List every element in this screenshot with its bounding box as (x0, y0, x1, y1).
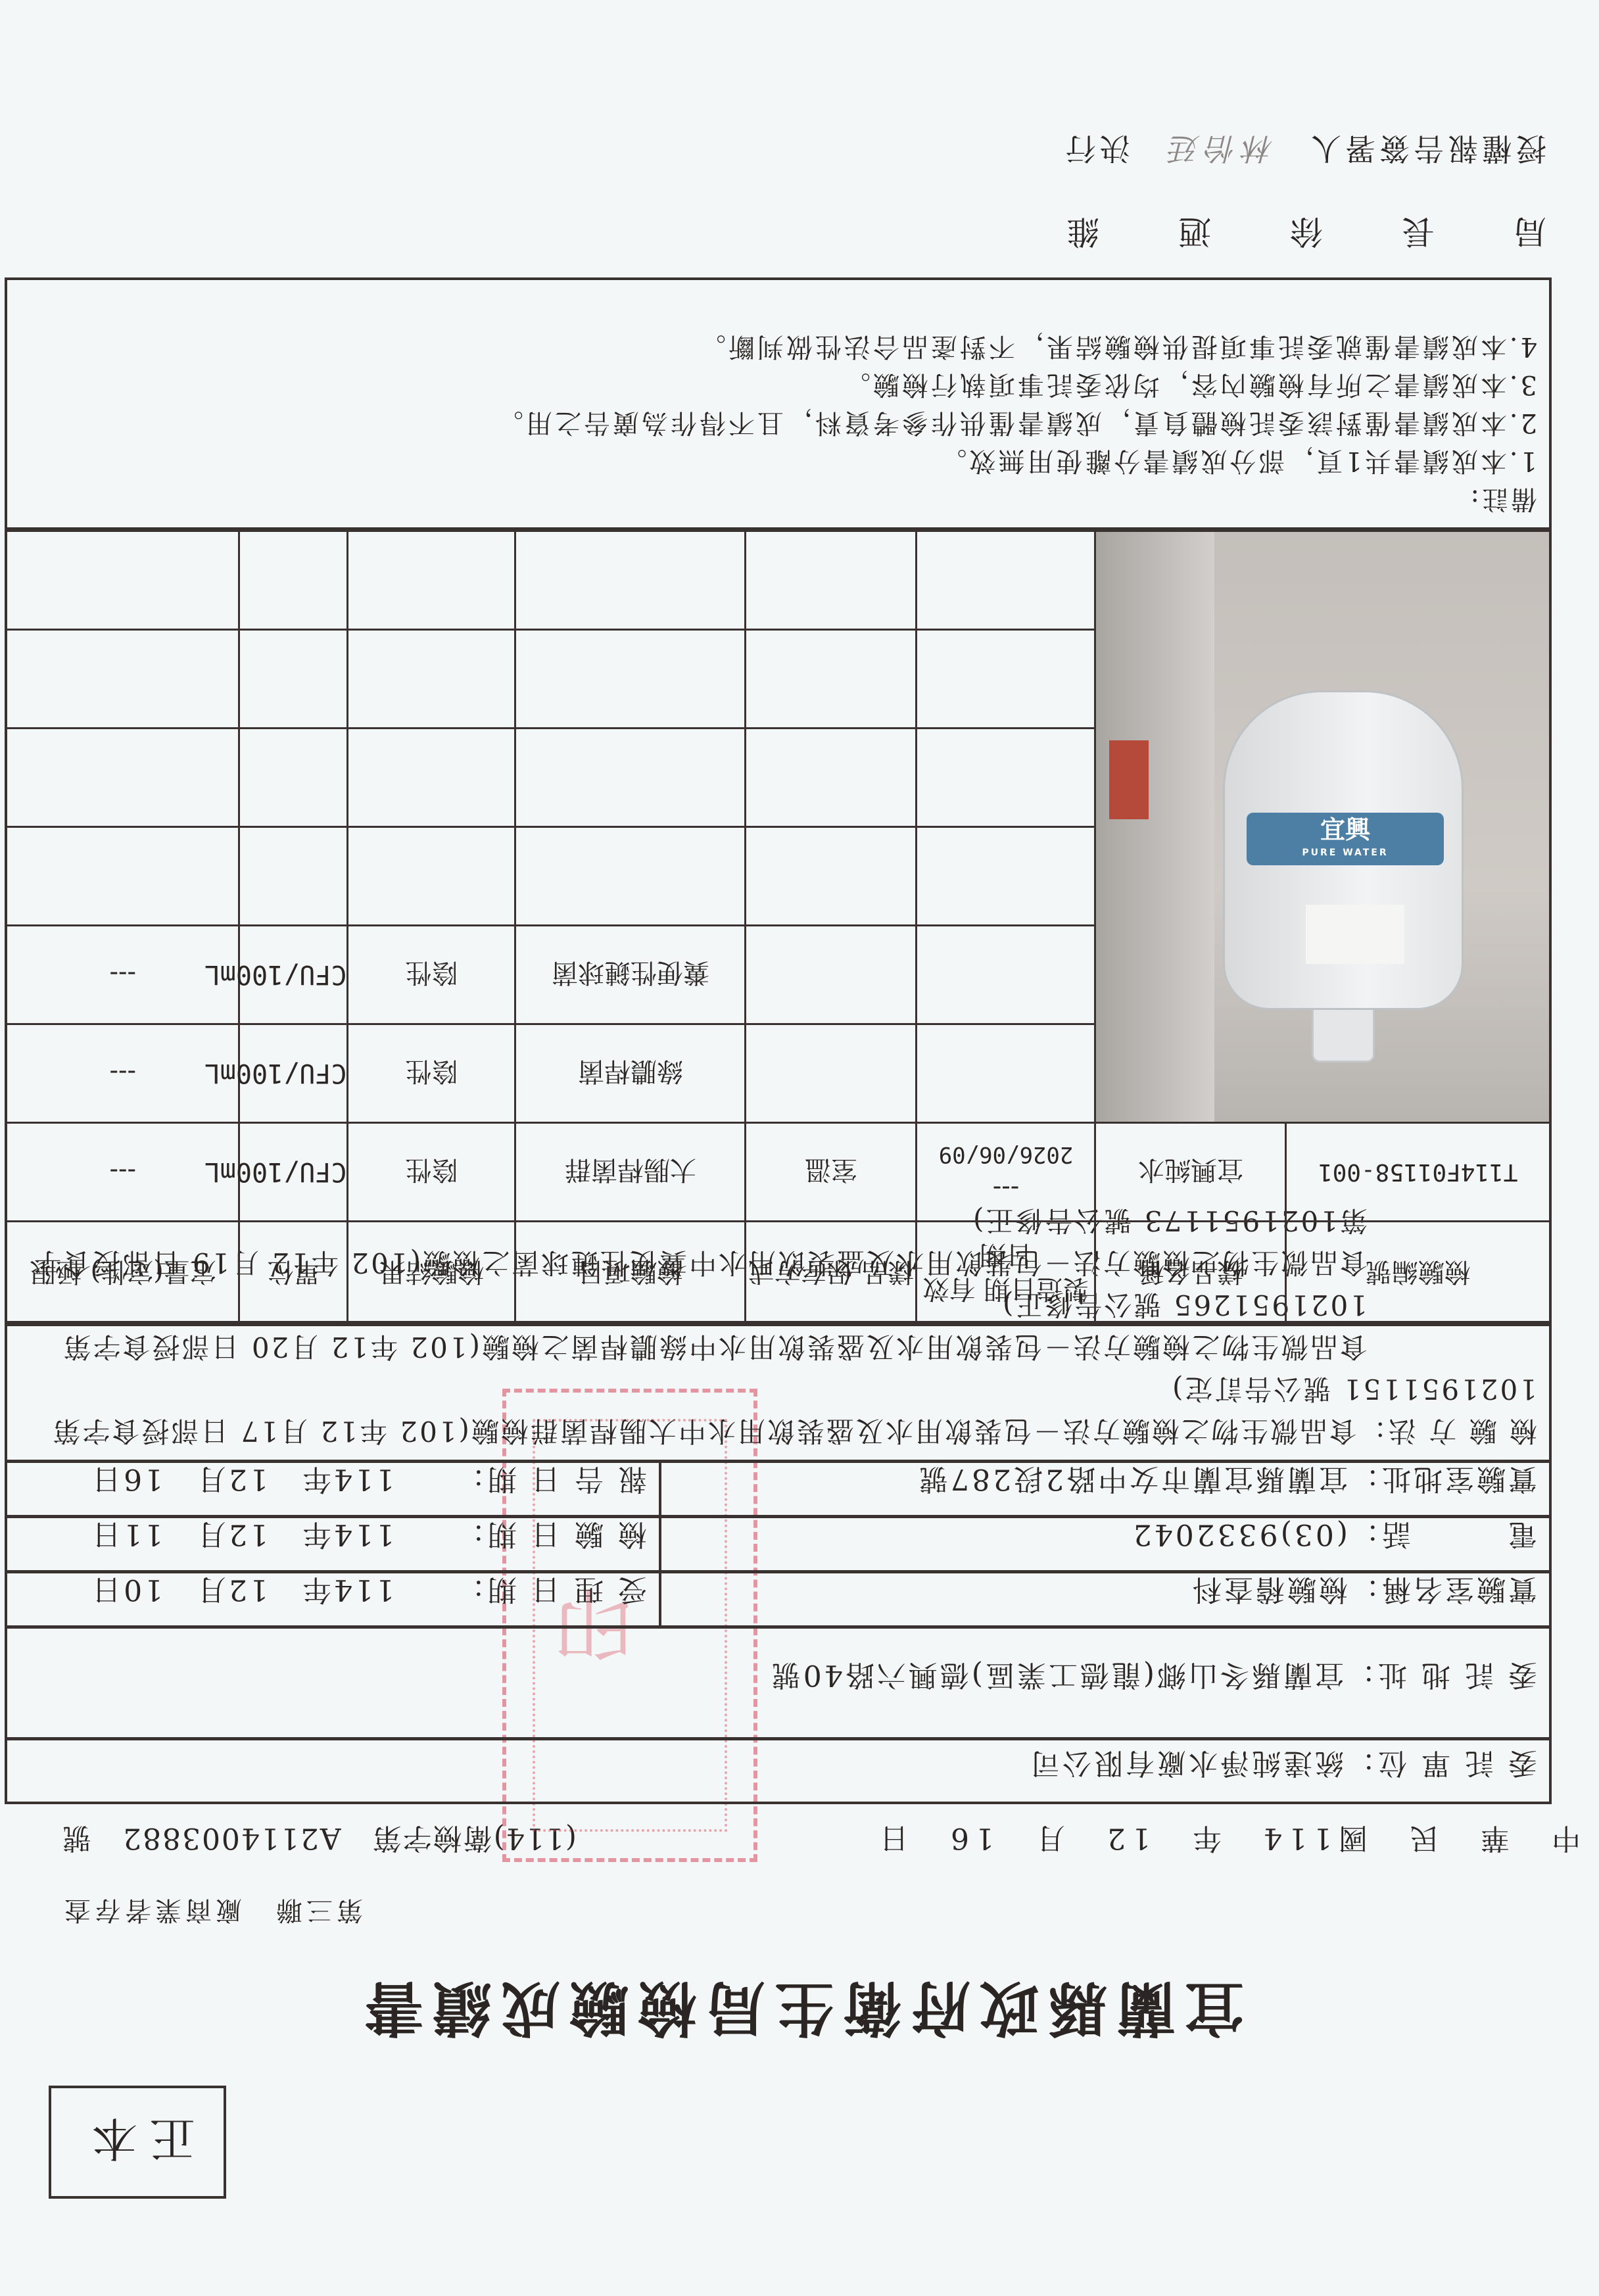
signer-label: 授權報告簽署人 (1307, 131, 1546, 166)
document-number: (114)衛檢字第 A2114003882 號 (61, 1820, 577, 1862)
header-storage: 樣品 保存方式 (746, 1222, 917, 1322)
client-address-row: 委 託 地 址：宜蘭縣冬山鄉(龍德工業區)德興六路40號 (7, 1625, 1549, 1737)
report-date-label: 報 告 日 期 (485, 1462, 647, 1496)
test-method-1: 食品微生物之檢驗方法－包裝飲用水及盛裝飲用水中大腸桿菌群檢驗(102 年12 月… (51, 1373, 1537, 1447)
sample-photo-image: 宜興 PURE WATER (1097, 532, 1550, 1122)
client-unit-row: 委 託 單 位：統達純淨水廠有限公司 (7, 1737, 1549, 1802)
report-date-value: 114年 12月 16日 (89, 1462, 394, 1496)
header-limit: 定量(定性) 極限 (7, 1222, 239, 1322)
note-4: 4.本成績書僅就委託事項提供檢驗結果，不對產品合法性做判斷。 (19, 327, 1537, 366)
header-test-item: 檢驗項目 (515, 1222, 746, 1322)
manufacture-date: --- (918, 1172, 1095, 1207)
sample-name: 宜興純水 (1095, 1123, 1286, 1222)
test-methods-label: 檢 驗 方 法 (1387, 1415, 1537, 1447)
notes-title: 備註: (19, 480, 1537, 518)
lab-address-label: 實驗室地址 (1379, 1462, 1537, 1496)
results-table: 檢驗編號 樣品名稱 製造日期 有效日期 樣品 保存方式 檢驗項目 檢驗結果 單位… (7, 530, 1549, 1323)
notes-section: 備註: 1.本成績書共1頁，部分成績書分離使用無效。 2.本成績書僅對該委託檢體… (7, 277, 1549, 527)
test-item: 綠膿桿菌 (515, 1024, 746, 1123)
header-sample-id: 檢驗編號 (1286, 1222, 1549, 1322)
table-row: T114F01158-001 宜興純水 --- 2026/06/09 室溫 大腸… (7, 1123, 1549, 1222)
lab-address-row: 實驗室地址：宜蘭縣宜蘭市女中路2段287號 報 告 日 期：114年 12月 1… (7, 1460, 1549, 1515)
director-name: 徐迺維 (988, 212, 1323, 251)
authorized-signer-line: 授權報告簽署人 林怡廷 決行 (1062, 129, 1546, 172)
results-header-row: 檢驗編號 樣品名稱 製造日期 有效日期 樣品 保存方式 檢驗項目 檢驗結果 單位… (7, 1222, 1549, 1322)
report-table-frame: 委 託 單 位：統達純淨水廠有限公司 委 託 地 址：宜蘭縣冬山鄉(龍德工業區)… (5, 277, 1552, 1804)
test-unit: CFU/100mL (239, 926, 348, 1024)
handwritten-signature: 林怡廷 (1163, 131, 1274, 166)
inspection-report-page: 正本 宜蘭縣政府衛生局檢驗成績書 第三聯 廠商業者存查 中 華 民 國114 年… (0, 0, 1599, 2296)
client-address-value: 宜蘭縣冬山鄉(龍德工業區)德興六路40號 (769, 1658, 1344, 1692)
test-date-label: 檢 驗 日 期 (485, 1518, 647, 1551)
decision-label: 決行 (1062, 131, 1130, 166)
note-2: 2.本成績書僅對該委託檢體負責，成績書僅供作參考資料，且不得作為廣告之用。 (19, 404, 1537, 442)
phone-row: 電 話：(03)9332042 檢 驗 日 期：114年 12月 11日 (7, 1515, 1549, 1570)
bottle-label: 宜興 PURE WATER (1247, 813, 1444, 865)
received-date-label: 受 理 日 期 (485, 1573, 647, 1606)
test-result: 陰性 (348, 926, 515, 1024)
original-stamp-text: 正本 (80, 2109, 195, 2176)
original-copy-stamp: 正本 (49, 2086, 226, 2199)
sample-storage: 室溫 (746, 1123, 917, 1222)
lab-name-label: 實驗室名稱 (1379, 1573, 1537, 1606)
copy-note: 第三聯 廠商業者存查 (60, 1894, 363, 1931)
expiry-date: 2026/06/09 (918, 1138, 1095, 1172)
sample-dates: --- 2026/06/09 (917, 1123, 1095, 1222)
issue-date: 中 華 民 國114 年 12 月 16 日 (873, 1820, 1581, 1862)
director-title: 局長 (1323, 212, 1546, 251)
test-item: 糞便性鏈球菌 (515, 926, 746, 1024)
test-result: 陰性 (348, 1024, 515, 1123)
director-signature-line: 局長徐迺維 (988, 210, 1546, 258)
test-result: 陰性 (348, 1123, 515, 1222)
water-bottle-illustration: 宜興 PURE WATER (1201, 635, 1490, 1063)
header-sample-name: 樣品名稱 (1095, 1222, 1286, 1322)
table-row: 宜興 PURE WATER 綠膿桿菌 陰性 CFU/100mL --- (7, 1024, 1549, 1123)
header-dates: 製造日期 有效日期 (917, 1222, 1095, 1322)
lab-name-row: 實驗室名稱：檢驗稽查科 受 理 日 期：114年 12月 10日 (7, 1570, 1549, 1625)
header-result: 檢驗結果 (348, 1222, 515, 1322)
sample-id: T114F01158-001 (1286, 1123, 1549, 1222)
test-date-value: 114年 12月 11日 (89, 1518, 394, 1551)
test-unit: CFU/100mL (239, 1024, 348, 1123)
client-unit-value: 統達純淨水廠有限公司 (1028, 1746, 1344, 1780)
report-title: 宜蘭縣政府衛生局檢驗成績書 (0, 1971, 1599, 2056)
received-date-value: 114年 12月 10日 (89, 1573, 394, 1606)
note-1: 1.本成績書共1頁，部分成績書分離使用無效。 (19, 442, 1537, 480)
test-item: 大腸桿菌群 (515, 1123, 746, 1222)
test-methods-row: 檢 驗 方 法：食品微生物之檢驗方法－包裝飲用水及盛裝飲用水中大腸桿菌群檢驗(1… (7, 1323, 1549, 1460)
note-3: 3.本成績書之所有檢驗內容，均依委託事項執行檢驗。 (19, 366, 1537, 404)
sample-photo: 宜興 PURE WATER (1095, 531, 1549, 1123)
lab-name-value: 檢驗稽查科 (1190, 1573, 1348, 1606)
lab-address-value: 宜蘭縣宜蘭市女中路2段287號 (917, 1462, 1348, 1496)
phone-value: (03)9332042 (1131, 1518, 1348, 1551)
test-unit: CFU/100mL (239, 1123, 348, 1222)
results-section: 檢驗編號 樣品名稱 製造日期 有效日期 樣品 保存方式 檢驗項目 檢驗結果 單位… (7, 527, 1549, 1323)
header-unit: 單位 (239, 1222, 348, 1322)
client-unit-label: 委 託 單 位 (1375, 1746, 1537, 1780)
phone-label: 電 話 (1379, 1518, 1537, 1551)
client-address-label: 委 託 地 址 (1375, 1658, 1537, 1692)
